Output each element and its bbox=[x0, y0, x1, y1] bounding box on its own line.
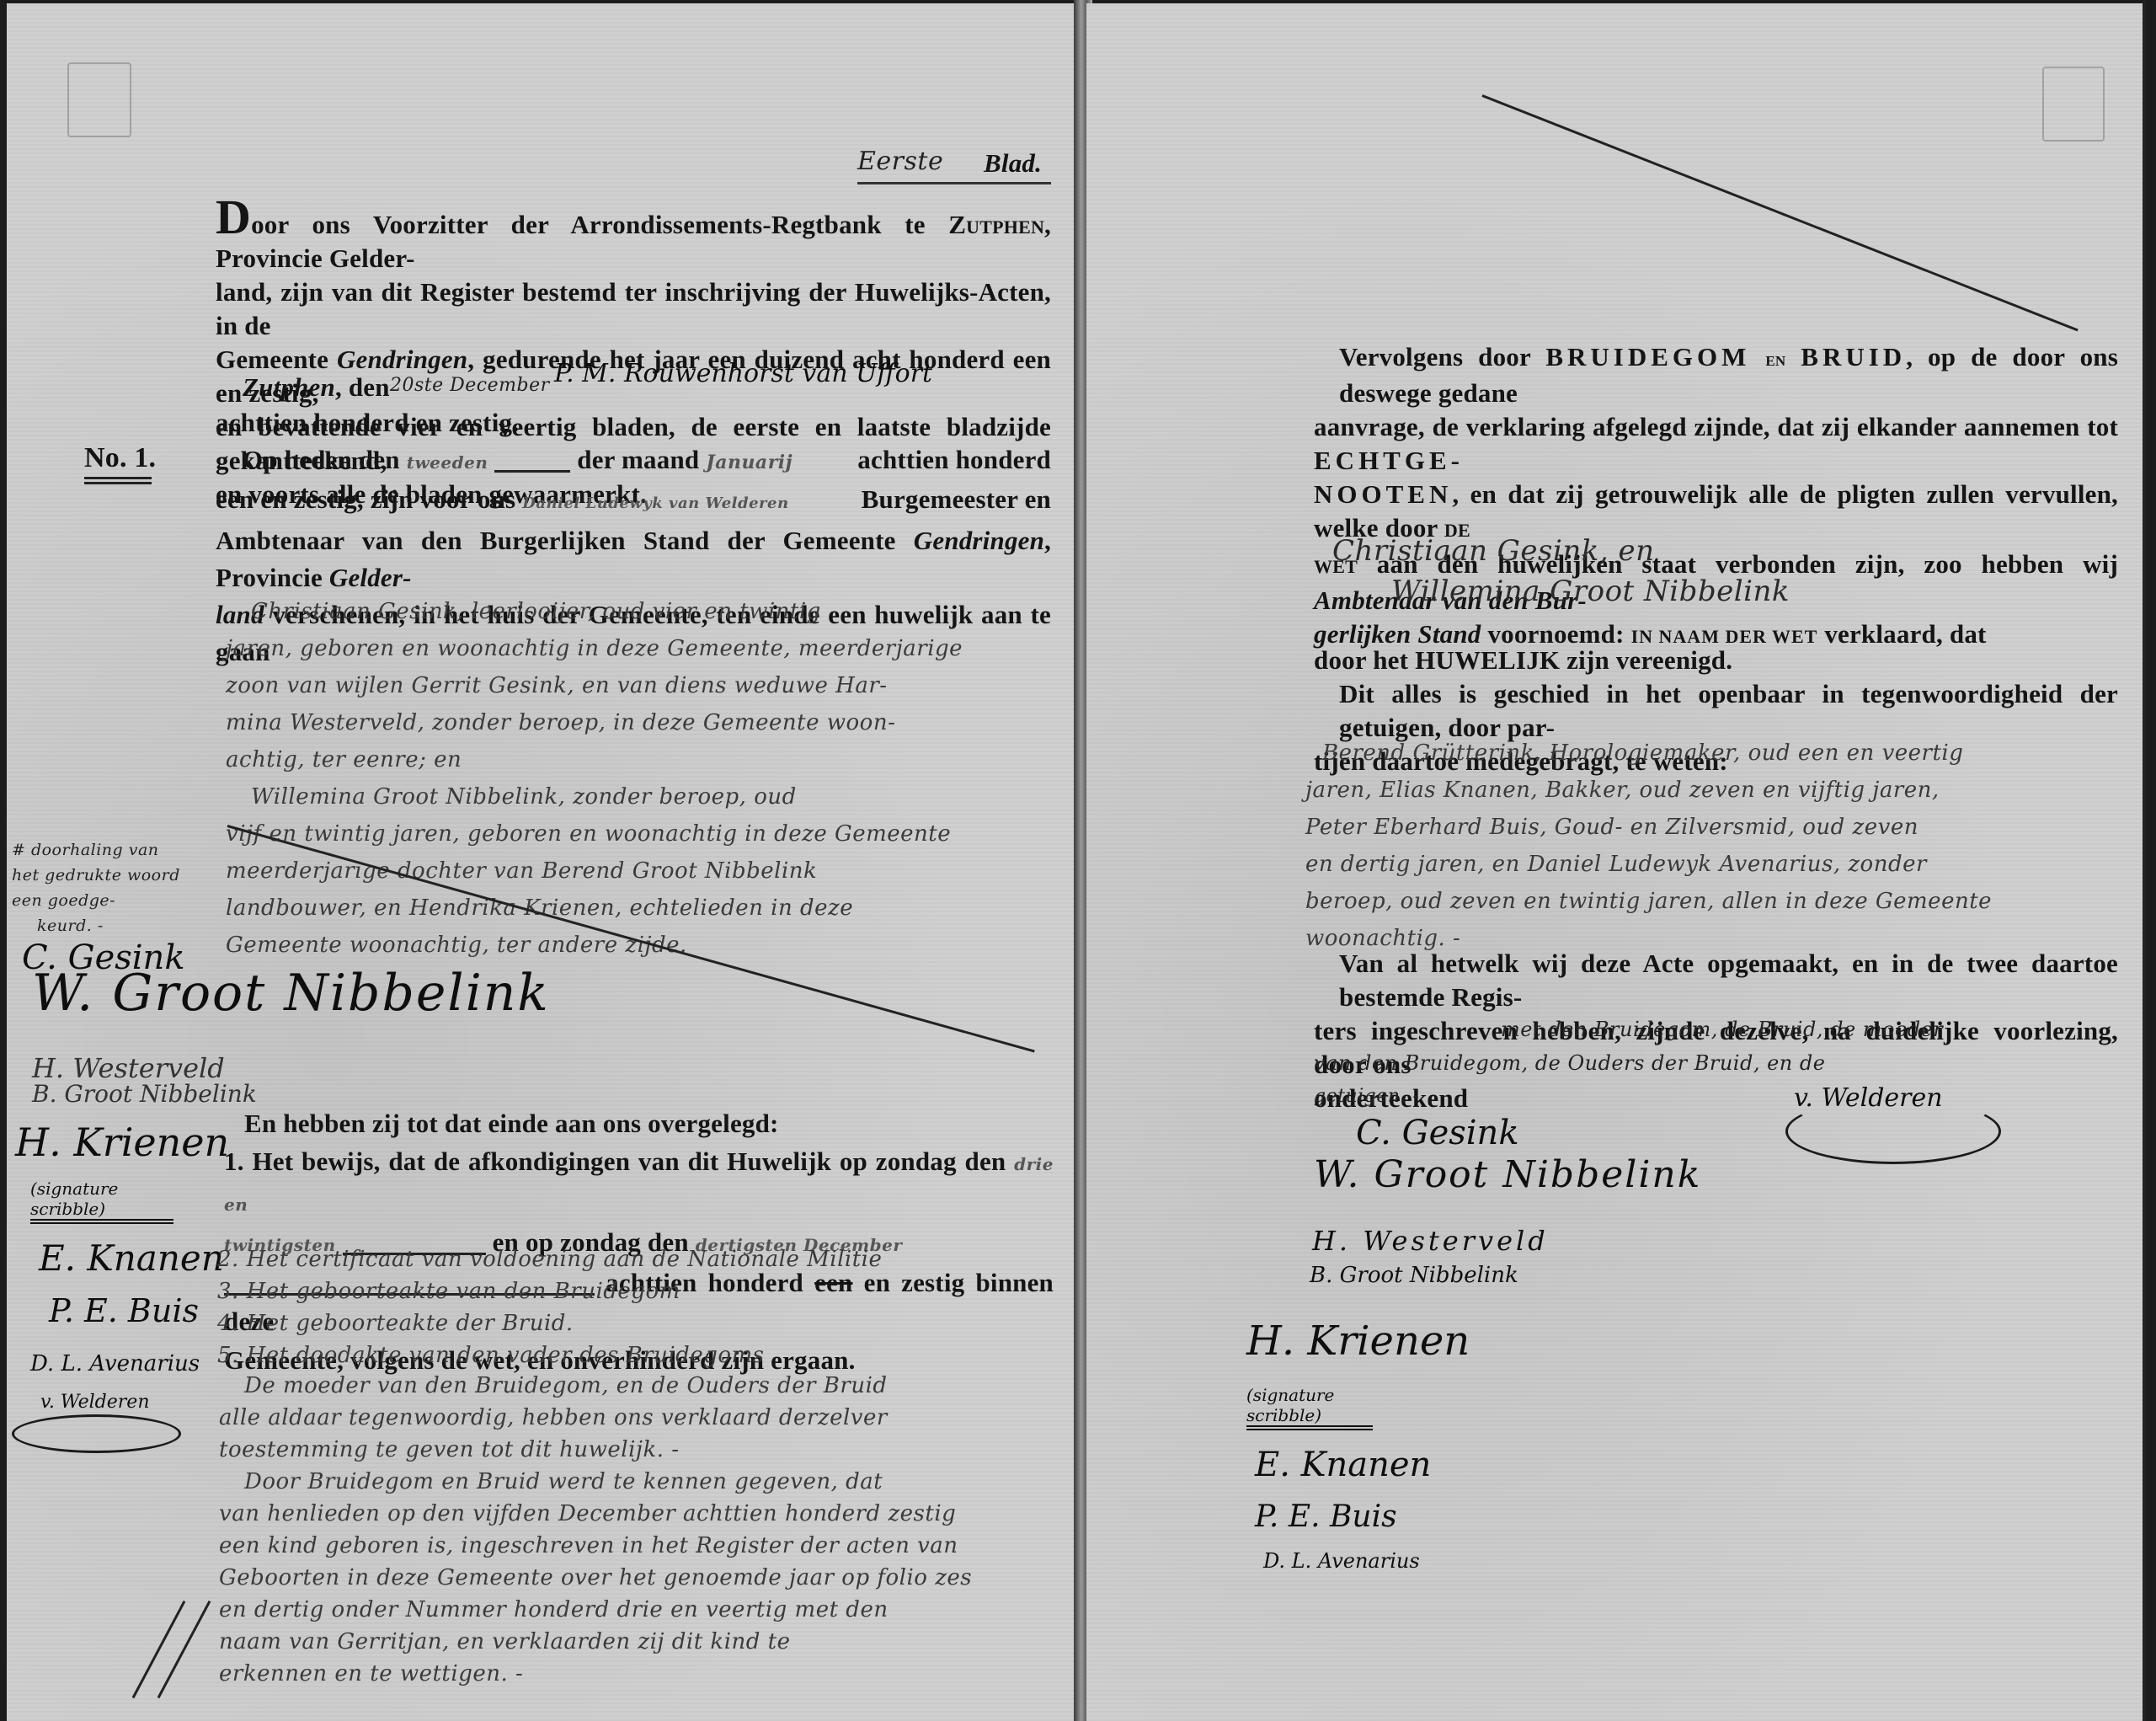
place-print: Zutphen bbox=[243, 372, 335, 402]
intro-city: Zutphen bbox=[948, 210, 1044, 239]
hand-line: Peter Eberhard Buis, Goud- en Zilversmid… bbox=[1305, 809, 2114, 846]
hand-line: achtig, ter eenre; en bbox=[226, 741, 1051, 778]
signature-witness-2: E. Knanen bbox=[39, 1237, 224, 1279]
hand-line: landbouwer, en Hendrika Krienen, echteli… bbox=[226, 890, 1051, 927]
signature-mother-groom: H. Westerveld bbox=[1312, 1225, 1549, 1257]
signature-mother-bride: H. Krienen bbox=[15, 1120, 229, 1165]
header-blad-print: Blad. bbox=[984, 147, 1042, 180]
hand-line: alle aldaar tegenwoordig, hebben ons ver… bbox=[219, 1402, 1053, 1434]
closing-l1: Van al hetwelk wij deze Acte opgemaakt, … bbox=[1314, 947, 2118, 1014]
signature-witness-1: (signature scribble) bbox=[1246, 1385, 1373, 1430]
witnesses-handwriting: Berend Grütterink, Horologiemaker, oud e… bbox=[1305, 735, 2114, 957]
margin-note-line: een goedge- bbox=[12, 888, 214, 913]
signature-witness-2: E. Knanen bbox=[1255, 1446, 1431, 1484]
hand-line: een kind geboren is, ingeschreven in het… bbox=[219, 1530, 1053, 1562]
signature-bride: W. Groot Nibbelink bbox=[32, 964, 550, 1023]
signature-witness-4: D. L. Avenarius bbox=[1263, 1549, 1420, 1573]
hand-line: Willemina Groot Nibbelink, zonder beroep… bbox=[251, 778, 1076, 815]
blank-line bbox=[494, 452, 570, 473]
margin-note: # doorhaling van het gedrukte woord een … bbox=[12, 837, 214, 938]
act-l1c: achttien honderd bbox=[857, 441, 1051, 478]
margin-note-line: keurd. - bbox=[37, 913, 239, 938]
signature-father-bride: B. Groot Nibbelink bbox=[1310, 1263, 1518, 1288]
couple-bride: Willemina Groot Nibbelink bbox=[1391, 573, 1790, 610]
decl-l1a: Vervolgens door bbox=[1339, 342, 1530, 371]
hand-line: toestemming te geven tot dit huwelijk. - bbox=[219, 1434, 1053, 1466]
right-page: Vervolgens door BRUIDEGOM en BRUID, op d… bbox=[1086, 3, 2143, 1721]
vereenigd-huwelijk: HUWELIJK bbox=[1415, 645, 1560, 675]
hand-line: 5. Het doodakte van den vader des Bruide… bbox=[217, 1339, 1051, 1371]
page-header: Eerste Blad. bbox=[857, 147, 1051, 184]
decl-en: en bbox=[1765, 349, 1785, 371]
intro-line1: oor ons Voorzitter der Arrondissements-R… bbox=[251, 210, 926, 239]
act-month-hand: Januarij bbox=[706, 452, 792, 473]
vereenigd-a: door het bbox=[1314, 645, 1408, 675]
act-l2b: Burgemeester en bbox=[862, 481, 1051, 518]
decl-echt: ECHTGE- bbox=[1314, 446, 1464, 475]
intro-line2: land, zijn van dit Register bestemd ter … bbox=[216, 275, 1051, 343]
hand-line: De moeder van den Bruidegom, en de Ouder… bbox=[244, 1370, 1078, 1402]
decl-l5c: verklaard, dat bbox=[1824, 619, 1986, 649]
diagonal-strike-line bbox=[1481, 94, 2078, 331]
decl-echt2: NOOTEN bbox=[1314, 479, 1452, 509]
hand-line: 2. Het certificaat van voldoening aan de… bbox=[217, 1243, 1051, 1275]
closing-stroke bbox=[132, 1601, 186, 1698]
den-print: , den bbox=[335, 372, 390, 402]
vereenigd-b: zijn vereenigd. bbox=[1566, 645, 1732, 675]
hand-line: mina Westerveld, zonder beroep, in deze … bbox=[226, 704, 1051, 741]
hand-line: beroep, oud zeven en twintig jaren, alle… bbox=[1305, 883, 2114, 920]
couple-groom: Christiaan Gesink, en bbox=[1332, 532, 1655, 569]
president-signature: P. M. Rouwenhorst van Uffort bbox=[554, 359, 932, 388]
hand-line: 4. Het geboorteakte der Bruid. bbox=[217, 1307, 1051, 1339]
decl-bruid: BRUID bbox=[1801, 342, 1906, 371]
official-signature-flourish bbox=[1785, 1098, 2001, 1164]
embossed-stamp bbox=[67, 62, 131, 137]
signature-witness-1: (signature scribble) bbox=[30, 1179, 173, 1224]
vereenigd-line: door het HUWELIJK zijn vereenigd. bbox=[1314, 644, 1732, 677]
signature-official: v. Welderen bbox=[40, 1392, 150, 1413]
hand-line: jaren, Elias Knanen, Bakker, oud zeven e… bbox=[1305, 772, 2114, 809]
act-official-hand: Daniel Ludewyk van Welderen bbox=[522, 494, 788, 512]
act-l1a: Op heden den bbox=[243, 445, 400, 474]
year-line: achttien honderd en zestig. bbox=[216, 406, 519, 440]
hand-line: Berend Grütterink, Horologiemaker, oud e… bbox=[1322, 735, 2131, 772]
register-spread: Eerste Blad. Door ons Voorzitter der Arr… bbox=[0, 0, 2156, 1721]
parties-handwriting: Christiaan Gesink, leerlooijer, oud vier… bbox=[226, 593, 1051, 964]
hand-line: Gemeente woonachtig, ter andere zijde. bbox=[226, 927, 1051, 964]
closing-stroke bbox=[157, 1601, 211, 1698]
overgelegd-heading: En hebben zij tot dat einde aan ons over… bbox=[244, 1107, 779, 1141]
hand-line: jaren, geboren en woonachtig in deze Gem… bbox=[226, 630, 1051, 667]
signature-groom: C. Gesink bbox=[1356, 1114, 1519, 1152]
hand-line: Door Bruidegom en Bruid werd te kennen g… bbox=[244, 1466, 1078, 1498]
drop-cap: D bbox=[216, 190, 251, 244]
header-blad-hand: Eerste bbox=[857, 143, 943, 180]
act-number-underline bbox=[84, 477, 152, 484]
signature-bride: W. Groot Nibbelink bbox=[1314, 1153, 1701, 1196]
intro-line3a: Gemeente bbox=[216, 345, 328, 374]
act-l2a: een en zestig, zijn voor ons bbox=[216, 484, 515, 514]
hand-line: Geboorten in deze Gemeente over het geno… bbox=[219, 1562, 1053, 1594]
documents-list-handwriting: 2. Het certificaat van voldoening aan de… bbox=[217, 1243, 1051, 1371]
act-l3a: Ambtenaar van den Burgerlijken Stand der… bbox=[216, 526, 896, 555]
left-page: Eerste Blad. Door ons Voorzitter der Arr… bbox=[7, 3, 1081, 1721]
hand-line: en dertig onder Nummer honderd drie en v… bbox=[219, 1594, 1053, 1626]
act-number: No. 1. bbox=[84, 441, 156, 475]
act-prov: Gelder- bbox=[329, 563, 412, 592]
signature-father-bride: B. Groot Nibbelink bbox=[32, 1080, 257, 1108]
place-line: Zutphen, den bbox=[243, 371, 411, 404]
decl-bruidegom: BRUIDEGOM bbox=[1545, 342, 1750, 371]
hand-line: erkennen en te wettigen. - bbox=[219, 1658, 1053, 1690]
hand-line: Christiaan Gesink, leerlooijer, oud vier… bbox=[251, 593, 1076, 630]
decl-l2a: aanvrage, de verklaring afgelegd zijnde,… bbox=[1314, 412, 2118, 441]
official-signature-flourish bbox=[12, 1414, 181, 1453]
embossed-stamp bbox=[2042, 67, 2105, 142]
signature-witness-4: D. L. Avenarius bbox=[30, 1351, 200, 1376]
act-gemeente: Gendringen bbox=[914, 526, 1044, 555]
page-edge bbox=[2143, 0, 2146, 1721]
margin-note-line: # doorhaling van bbox=[12, 837, 214, 863]
hand-line: vijf en twintig jaren, geboren en woonac… bbox=[226, 815, 1051, 852]
hand-line: van henlieden op den vijfden December ac… bbox=[219, 1498, 1053, 1530]
hand-line: zoon van wijlen Gerrit Gesink, en van di… bbox=[226, 667, 1051, 704]
hand-line: 3. Het geboorteakte van den Bruidegom bbox=[217, 1275, 1051, 1307]
hand-line: naam van Gerritjan, en verklaarden zij d… bbox=[219, 1626, 1053, 1658]
closing-l3: onderteekend bbox=[1314, 1082, 2118, 1115]
margin-note-line: het gedrukte woord bbox=[12, 863, 214, 888]
consent-handwriting: De moeder van den Bruidegom, en de Ouder… bbox=[219, 1370, 1053, 1690]
signature-witness-3: P. E. Buis bbox=[1255, 1499, 1397, 1534]
signature-mother-bride: H. Krienen bbox=[1246, 1317, 1470, 1365]
item1-a: 1. Het bewijs, dat de afkondigingen van … bbox=[224, 1146, 1006, 1176]
closing-hand-2: van den Bruidegom, de Ouders der Bruid, … bbox=[1314, 1045, 1825, 1082]
date-hand: 20ste December bbox=[390, 367, 550, 404]
act-day-hand: tweeden bbox=[407, 452, 488, 473]
closing-hand-1: met den Bruidegom, de Bruid, de moeder bbox=[1501, 1011, 1943, 1048]
act-l1b: der maand bbox=[577, 445, 699, 474]
signature-witness-3: P. E. Buis bbox=[49, 1292, 199, 1329]
hand-line: en dertig jaren, en Daniel Ludewyk Avena… bbox=[1305, 846, 2114, 883]
closing-hand-3: getuigen. - bbox=[1314, 1078, 1419, 1115]
